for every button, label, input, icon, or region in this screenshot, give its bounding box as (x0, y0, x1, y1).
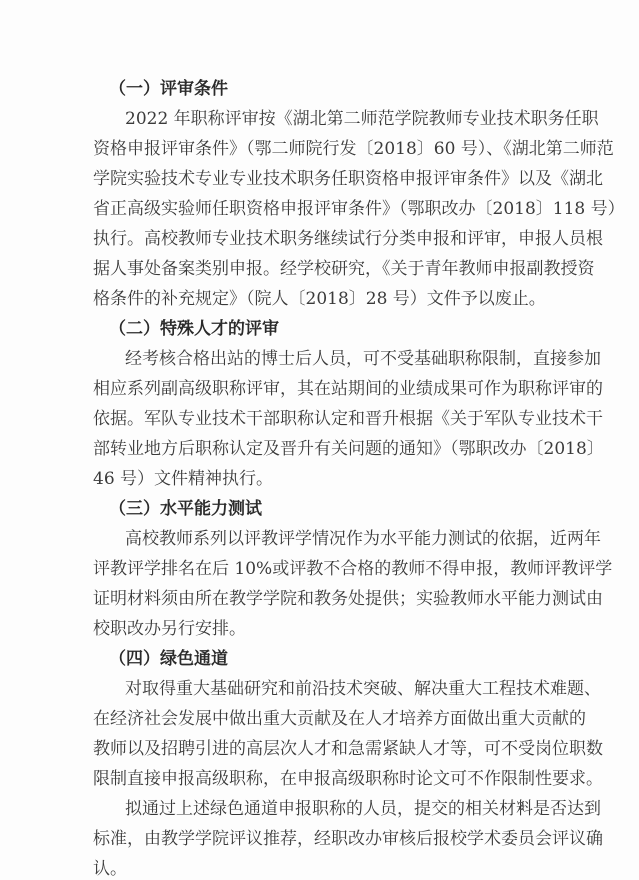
paragraph-line: 46 号）文件精神执行。 (93, 464, 529, 494)
paragraph-line: 执行。高校教师专业技术职务继续试行分类申报和评审，申报人员根 (93, 224, 529, 254)
paragraph-line: 认。 (93, 854, 529, 880)
paragraph-line: 评教评学排名在后 10%或评教不合格的教师不得申报，教师评教评学 (93, 554, 529, 584)
paragraph-line: 学院实验技术专业专业技术职务任职资格申报评审条件》以及《湖北 (93, 164, 529, 194)
section-heading-green-channel: （四）绿色通道 (93, 644, 529, 674)
paragraph-line: 格条件的补充规定》（院人〔2018〕28 号）文件予以废止。 (93, 284, 529, 314)
paragraph-line: 资格申报评审条件》（鄂二师院行发〔2018〕60 号）、《湖北第二师范 (93, 134, 529, 164)
document-body: （一）评审条件 2022 年职称评审按《湖北第二师范学院教师专业技术职务任职 资… (93, 74, 529, 880)
paragraph-line: 2022 年职称评审按《湖北第二师范学院教师专业技术职务任职 (93, 104, 529, 134)
paragraph-line: 依据。军队专业技术干部职称认定和晋升根据《关于军队专业技术干 (93, 404, 529, 434)
paragraph-line: 经考核合格出站的博士后人员，可不受基础职称限制，直接参加 (93, 344, 529, 374)
section-heading-special-talent: （二）特殊人才的评审 (93, 314, 529, 344)
paragraph-line: 相应系列副高级职称评审，其在站期间的业绩成果可作为职称评审的 (93, 374, 529, 404)
paragraph-line: 对取得重大基础研究和前沿技术突破、解决重大工程技术难题、 (93, 674, 529, 704)
paragraph-line: 在经济社会发展中做出重大贡献及在人才培养方面做出重大贡献的 (93, 704, 529, 734)
paragraph-line: 拟通过上述绿色通道申报职称的人员，提交的相关材料是否达到 (93, 794, 529, 824)
paragraph-line: 据人事处备案类别申报。经学校研究，《关于青年教师申报副教授资 (93, 254, 529, 284)
page-number: 3 (518, 800, 525, 813)
paragraph-line: 部转业地方后职称认定及晋升有关问题的通知》（鄂职改办〔2018〕 (93, 434, 529, 464)
section-heading-ability-test: （三）水平能力测试 (93, 494, 529, 524)
paragraph-line: 校职改办另行安排。 (93, 614, 529, 644)
paragraph-line: 省正高级实验师任职资格申报评审条件》（鄂职改办〔2018〕118 号） (93, 194, 529, 224)
paragraph-line: 证明材料须由所在教学学院和教务处提供；实验教师水平能力测试由 (93, 584, 529, 614)
paragraph-line: 高校教师系列以评教评学情况作为水平能力测试的依据，近两年 (93, 524, 529, 554)
paragraph-line: 限制直接申报高级职称，在申报高级职称时论文可不作限制性要求。 (93, 764, 529, 794)
paragraph-line: 标准，由教学学院评议推荐，经职改办审核后报校学术委员会评议确 (93, 824, 529, 854)
paragraph-line: 教师以及招聘引进的高层次人才和急需紧缺人才等，可不受岗位职数 (93, 734, 529, 764)
document-page: （一）评审条件 2022 年职称评审按《湖北第二师范学院教师专业技术职务任职 资… (0, 0, 639, 880)
section-heading-review-conditions: （一）评审条件 (93, 74, 529, 104)
